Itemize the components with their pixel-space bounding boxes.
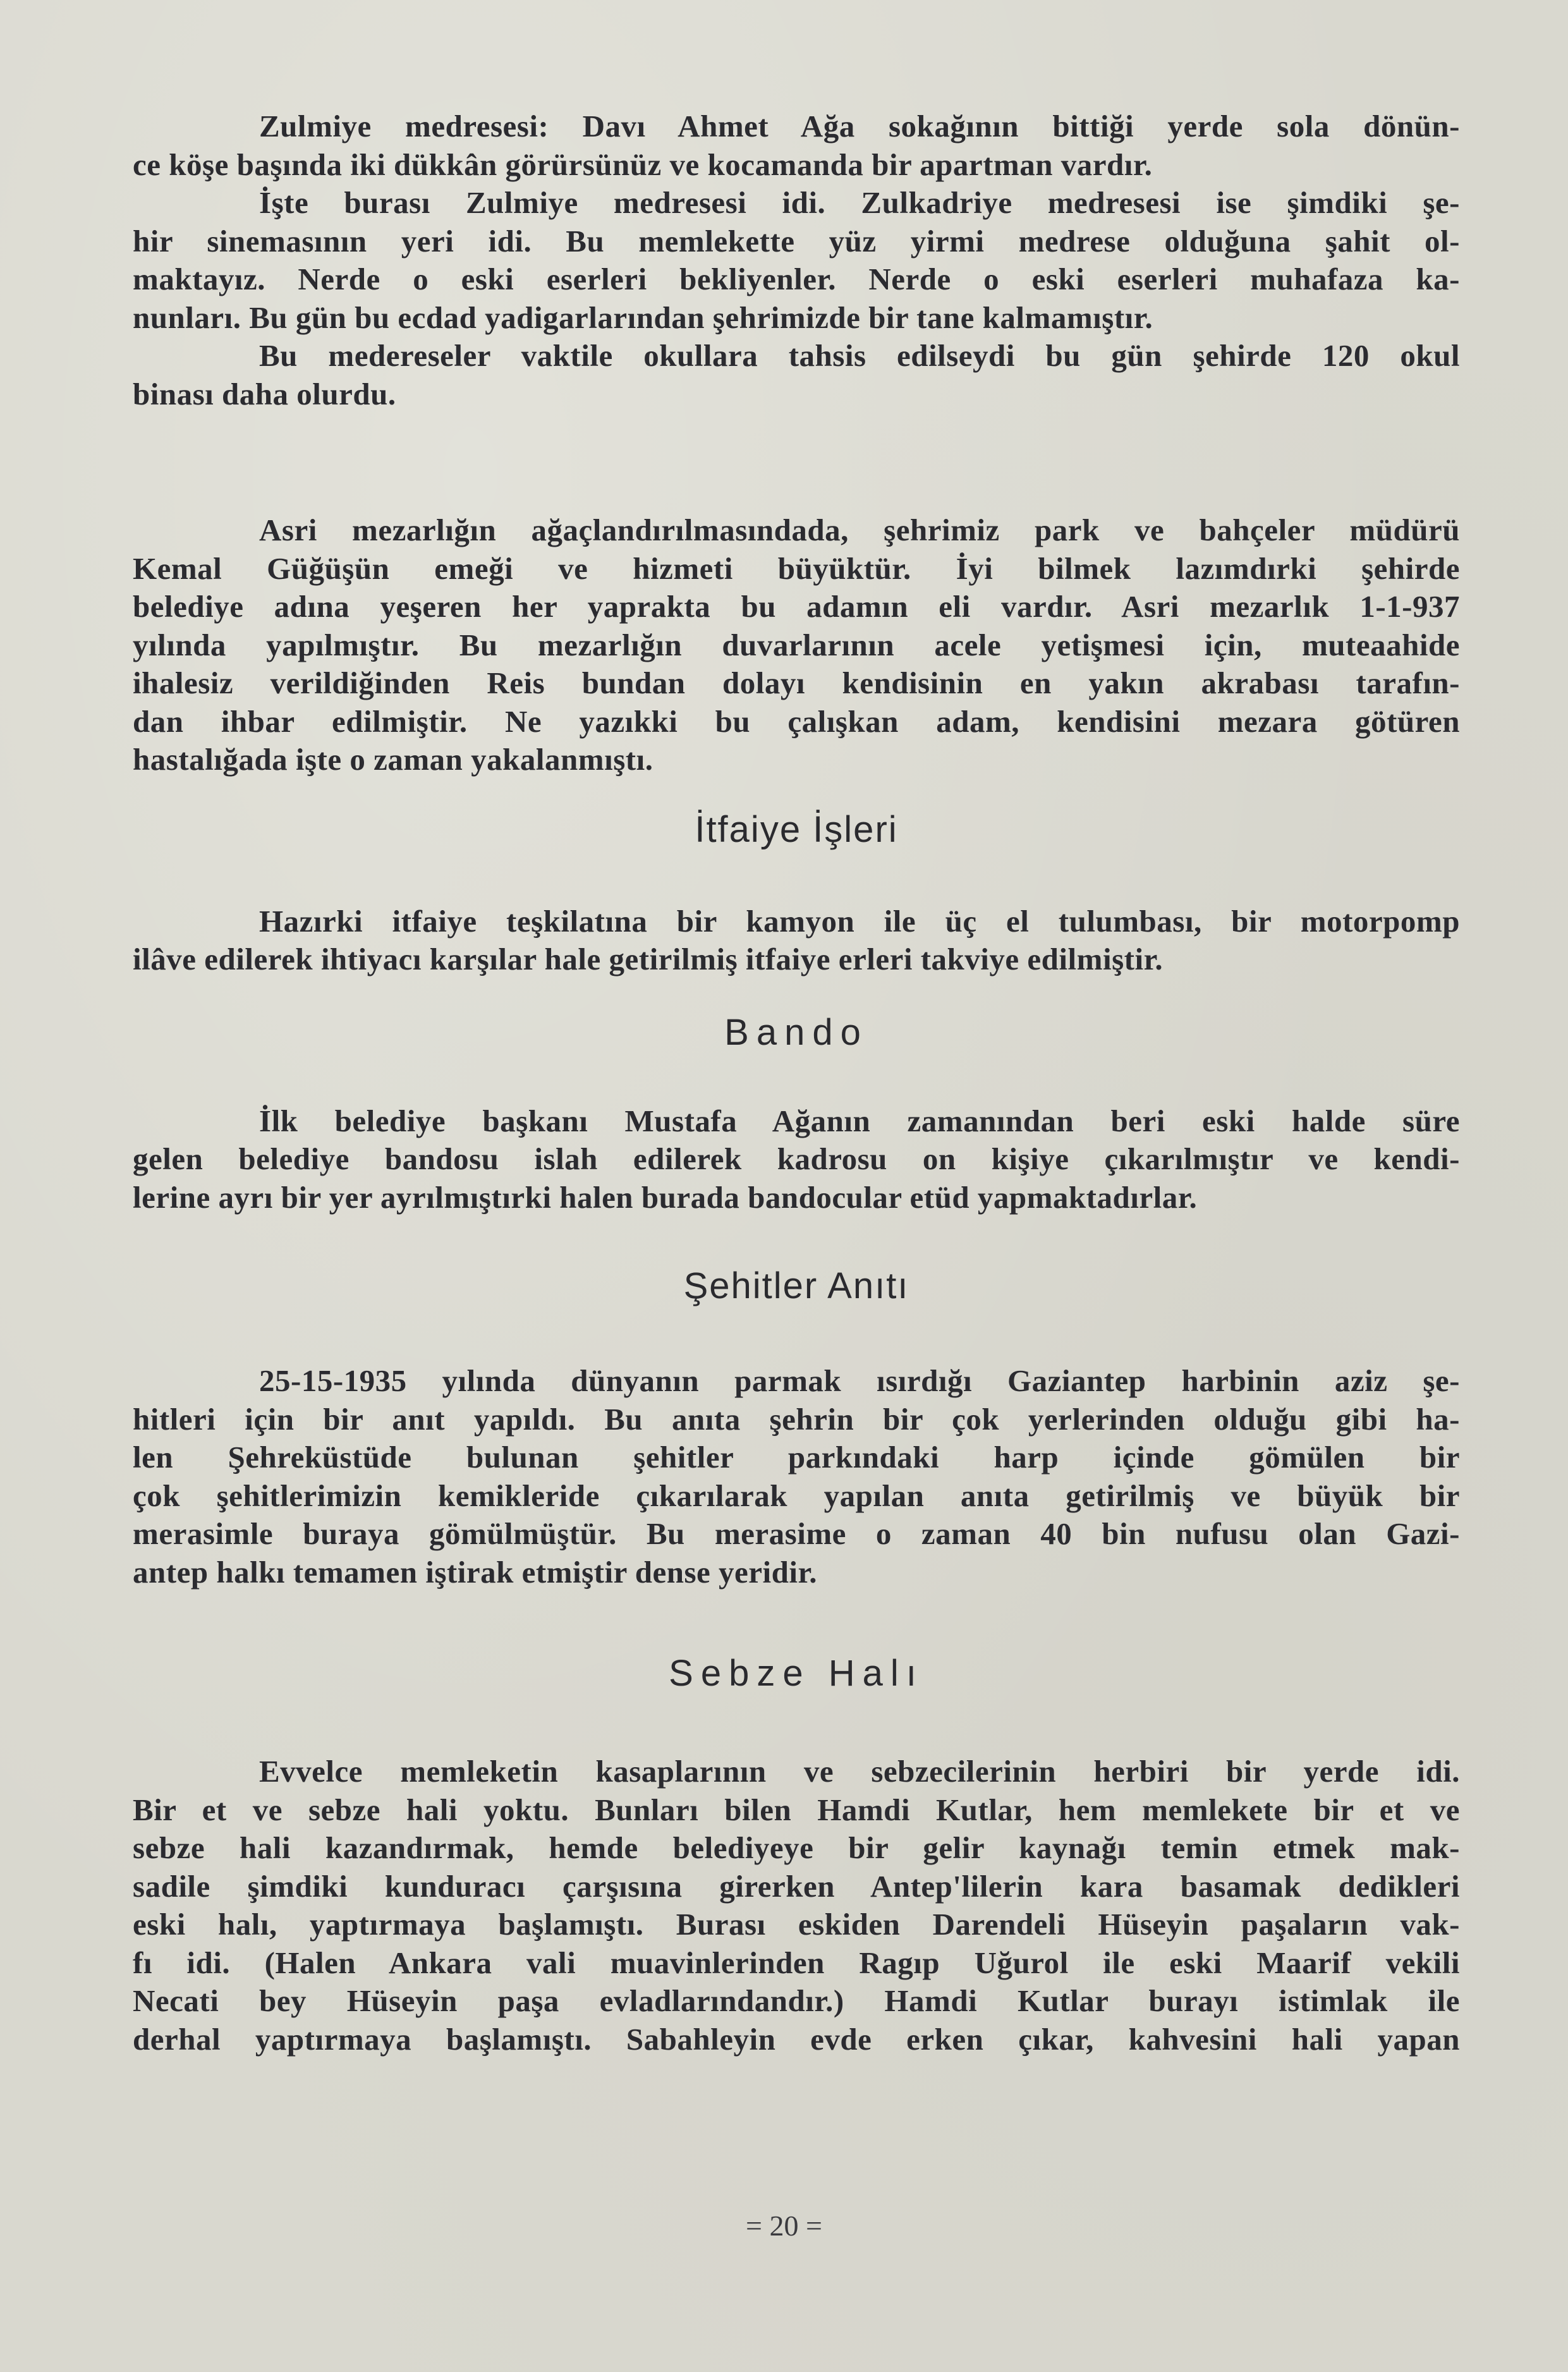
text-line: hastalığada işte o zaman yakalanmıştı. (133, 741, 1460, 779)
text-line: ce köşe başında iki dükkân görürsünüz ve… (133, 146, 1460, 185)
text-line: maktayız. Nerde o eski eserleri bekliyen… (133, 260, 1460, 299)
text-line: Asri mezarlığın ağaçlandırılmasındada, ş… (133, 511, 1460, 550)
text-line: binası daha olurdu. (133, 375, 1460, 414)
text-line: Hazırki itfaiye teşkilatına bir kamyon i… (133, 903, 1460, 941)
text-line: İşte burası Zulmiye medresesi idi. Zulka… (133, 184, 1460, 222)
section-mezarlik: Asri mezarlığın ağaçlandırılmasındada, ş… (133, 511, 1460, 779)
text-line: sebze hali kazandırmak, hemde belediyeye… (133, 1829, 1460, 1868)
text-line: Bir et ve sebze hali yoktu. Bunları bile… (133, 1791, 1460, 1830)
paragraph: Evvelce memleketin kasaplarının ve sebze… (133, 1753, 1460, 2059)
text-line: Bu medereseler vaktile okullara tahsis e… (133, 337, 1460, 375)
section-heading: Şehitler Anıtı (133, 1264, 1460, 1308)
text-line: len Şehreküstüde bulunan şehitler parkın… (133, 1438, 1460, 1477)
paragraph: İlk belediye başkanı Mustafa Ağanın zama… (133, 1102, 1460, 1217)
text-line: nunları. Bu gün bu ecdad yadigarlarından… (133, 299, 1460, 338)
document-page: Zulmiye medresesi: Davı Ahmet Ağa sokağı… (133, 107, 1460, 2059)
paragraph: Hazırki itfaiye teşkilatına bir kamyon i… (133, 903, 1460, 979)
text-line: hir sinemasının yeri idi. Bu memlekette … (133, 222, 1460, 261)
text-line: eski halı, yaptırmaya başlamıştı. Burası… (133, 1906, 1460, 1944)
paragraph: 25-15-1935 yılında dünyanın parmak ısırd… (133, 1362, 1460, 1591)
section-heading: Sebze Halı (133, 1651, 1460, 1696)
text-line: gelen belediye bandosu islah edilerek ka… (133, 1140, 1460, 1179)
section-itfaiye: İtfaiye İşleri Hazırki itfaiye teşkilatı… (133, 808, 1460, 979)
text-line: derhal yaptırmaya başlamıştı. Sabahleyin… (133, 2021, 1460, 2059)
section-bando: Bando İlk belediye başkanı Mustafa Ağanı… (133, 1011, 1460, 1217)
text-line: İlk belediye başkanı Mustafa Ağanın zama… (133, 1102, 1460, 1141)
text-line: yılında yapılmıştır. Bu mezarlığın duvar… (133, 626, 1460, 665)
text-line: belediye adına yeşeren her yaprakta bu a… (133, 588, 1460, 626)
text-line: fı idi. (Halen Ankara vali muavinlerinde… (133, 1944, 1460, 1983)
text-line: Necati bey Hüseyin paşa evladlarındandır… (133, 1982, 1460, 2021)
text-line: çok şehitlerimizin kemikleride çıkarılar… (133, 1477, 1460, 1516)
text-line: 25-15-1935 yılında dünyanın parmak ısırd… (133, 1362, 1460, 1401)
paragraph: Asri mezarlığın ağaçlandırılmasındada, ş… (133, 511, 1460, 779)
text-line: antep halkı temamen iştirak etmiştir den… (133, 1554, 1460, 1592)
section-heading: Bando (133, 1011, 1460, 1055)
text-line: lerine ayrı bir yer ayrılmıştırki halen … (133, 1179, 1460, 1217)
page-number: = 20 = (0, 2209, 1568, 2242)
paragraph: Zulmiye medresesi: Davı Ahmet Ağa sokağı… (133, 107, 1460, 184)
text-line: ilâve edilerek ihtiyacı karşılar hale ge… (133, 940, 1460, 979)
text-line: dan ihbar edilmiştir. Ne yazıkki bu çalı… (133, 703, 1460, 741)
text-line: Zulmiye medresesi: Davı Ahmet Ağa sokağı… (133, 107, 1460, 146)
paragraph: İşte burası Zulmiye medresesi idi. Zulka… (133, 184, 1460, 337)
text-line: merasimle buraya gömülmüştür. Bu merasim… (133, 1515, 1460, 1554)
section-sehitler: Şehitler Anıtı 25-15-1935 yılında dünyan… (133, 1264, 1460, 1591)
text-line: ihalesiz verildiğinden Reis bundan dolay… (133, 664, 1460, 703)
text-line: hitleri için bir anıt yapıldı. Bu anıta … (133, 1401, 1460, 1439)
paragraph: Bu medereseler vaktile okullara tahsis e… (133, 337, 1460, 413)
text-line: sadile şimdiki kunduracı çarşısına girer… (133, 1868, 1460, 1906)
text-line: Evvelce memleketin kasaplarının ve sebze… (133, 1753, 1460, 1791)
section-heading: İtfaiye İşleri (133, 808, 1460, 852)
text-line: Kemal Güğüşün emeği ve hizmeti büyüktür.… (133, 550, 1460, 588)
section-sebze: Sebze Halı Evvelce memleketin kasapların… (133, 1651, 1460, 2059)
section-medrese: Zulmiye medresesi: Davı Ahmet Ağa sokağı… (133, 107, 1460, 413)
